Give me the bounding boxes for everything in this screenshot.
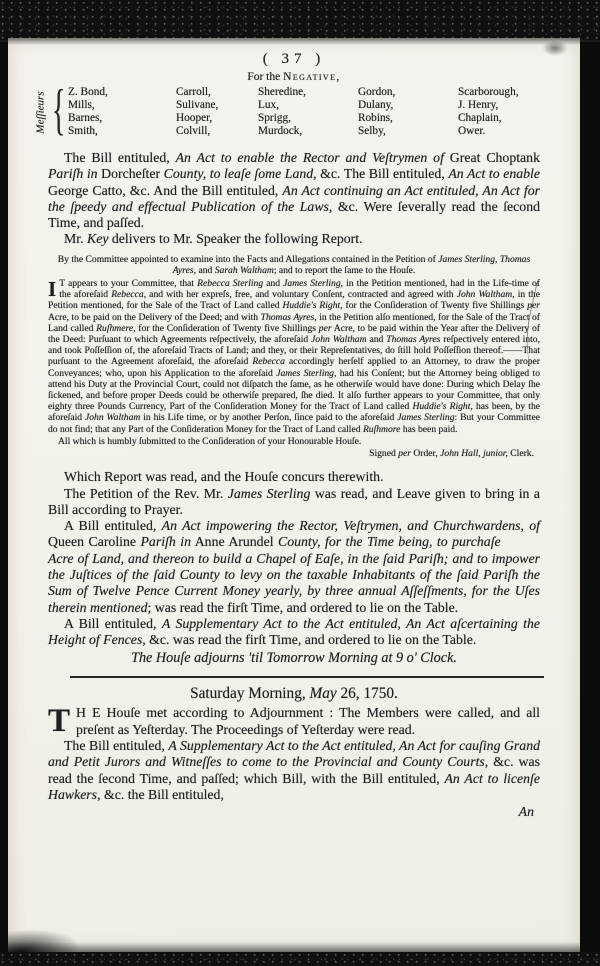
negative-heading: For the Negative, [48, 70, 540, 84]
paragraph-petition: The Petition of the Rev. Mr. James Sterl… [48, 486, 540, 519]
member-name: Colvill, [176, 125, 218, 138]
page-number: ( 37 ) [48, 50, 540, 68]
members-table: Meſſieurs { Z. Bond,Mills,Barnes,Smith, … [48, 86, 540, 140]
member-name: Lux, [258, 99, 306, 112]
member-name: Gordon, [358, 86, 395, 99]
member-name: Barnes, [68, 112, 108, 125]
member-name: Chaplain, [458, 112, 519, 125]
committee-report: By the Committee appointed to examine in… [48, 254, 540, 459]
paragraph-house-met-text: H E Houſe met according to Adjournment :… [76, 705, 540, 736]
report-drop-cap: I [48, 278, 59, 299]
scanned-book-page: ( 37 ) For the Negative, Meſſieurs { Z. … [0, 0, 600, 966]
member-column: Z. Bond,Mills,Barnes,Smith, [68, 86, 108, 138]
report-body-text: T appears to your Committee, that Rebecc… [48, 278, 540, 435]
paragraph-bill-fences: A Bill entituled, A Supplementary Act to… [48, 616, 540, 649]
member-name: Sheredine, [258, 86, 306, 99]
member-name: Sprigg, [258, 112, 306, 125]
scan-smudge-top-right [542, 40, 568, 56]
member-column: Carroll,Sulivane,Hooper,Colvill, [176, 86, 218, 138]
negative-heading-word: Negative, [283, 71, 341, 83]
report-signature-line: Signed per Order, John Hall, junior, Cle… [48, 448, 540, 459]
member-name: Smith, [68, 125, 108, 138]
member-name: Selby, [358, 125, 395, 138]
report-body: IT appears to your Committee, that Rebec… [48, 278, 540, 435]
report-intro: By the Committee appointed to examine in… [48, 254, 540, 277]
document-page: ( 37 ) For the Negative, Meſſieurs { Z. … [8, 38, 580, 952]
member-name: Sulivane, [176, 99, 218, 112]
section-divider [70, 676, 544, 678]
negative-heading-prefix: For the [247, 71, 283, 83]
member-column: Scarborough,J. Henry,Chaplain,Ower. [458, 86, 519, 138]
member-name: Hooper, [176, 112, 218, 125]
scan-smudge-bottom-left [8, 925, 81, 952]
paragraph-key-report: Mr. Key delivers to Mr. Speaker the foll… [48, 231, 540, 247]
catchword: An [48, 804, 540, 820]
member-column: Sheredine,Lux,Sprigg,Murdock, [258, 86, 306, 138]
scan-top-border [0, 0, 600, 42]
session-drop-cap: T [48, 705, 76, 736]
scan-bottom-border [0, 952, 600, 966]
member-name: Robins, [358, 112, 395, 125]
brace-glyph: { [52, 83, 65, 137]
adjournment-line: The Houſe adjourns 'til Tomorrow Morning… [48, 650, 540, 667]
paragraph-house-met: TH E Houſe met according to Adjournment … [48, 705, 540, 738]
member-name: Mills, [68, 99, 108, 112]
paragraph-bill-chapel: A Bill entituled, An Act impowering the … [48, 518, 540, 616]
member-name: J. Henry, [458, 99, 519, 112]
member-name: Ower. [458, 125, 519, 138]
paragraph-bill-jurors: The Bill entituled, A Supplementary Act … [48, 738, 540, 803]
paragraph-bills-read: The Bill entituled, An Act to enable the… [48, 150, 540, 231]
member-column: Gordon,Dulany,Robins,Selby, [358, 86, 395, 138]
report-submission-line: All which is humbly ſubmitted to the Con… [48, 436, 540, 447]
session-date-heading: Saturday Morning, May 26, 1750. [48, 685, 540, 703]
paragraph-report-concurred: Which Report was read, and the Houſe con… [48, 469, 540, 485]
member-name: Scarborough, [458, 86, 519, 99]
member-name: Murdock, [258, 125, 306, 138]
member-name: Z. Bond, [68, 86, 108, 99]
messieurs-label: Meſſieurs [35, 84, 48, 142]
member-name: Carroll, [176, 86, 218, 99]
member-name: Dulany, [358, 99, 395, 112]
